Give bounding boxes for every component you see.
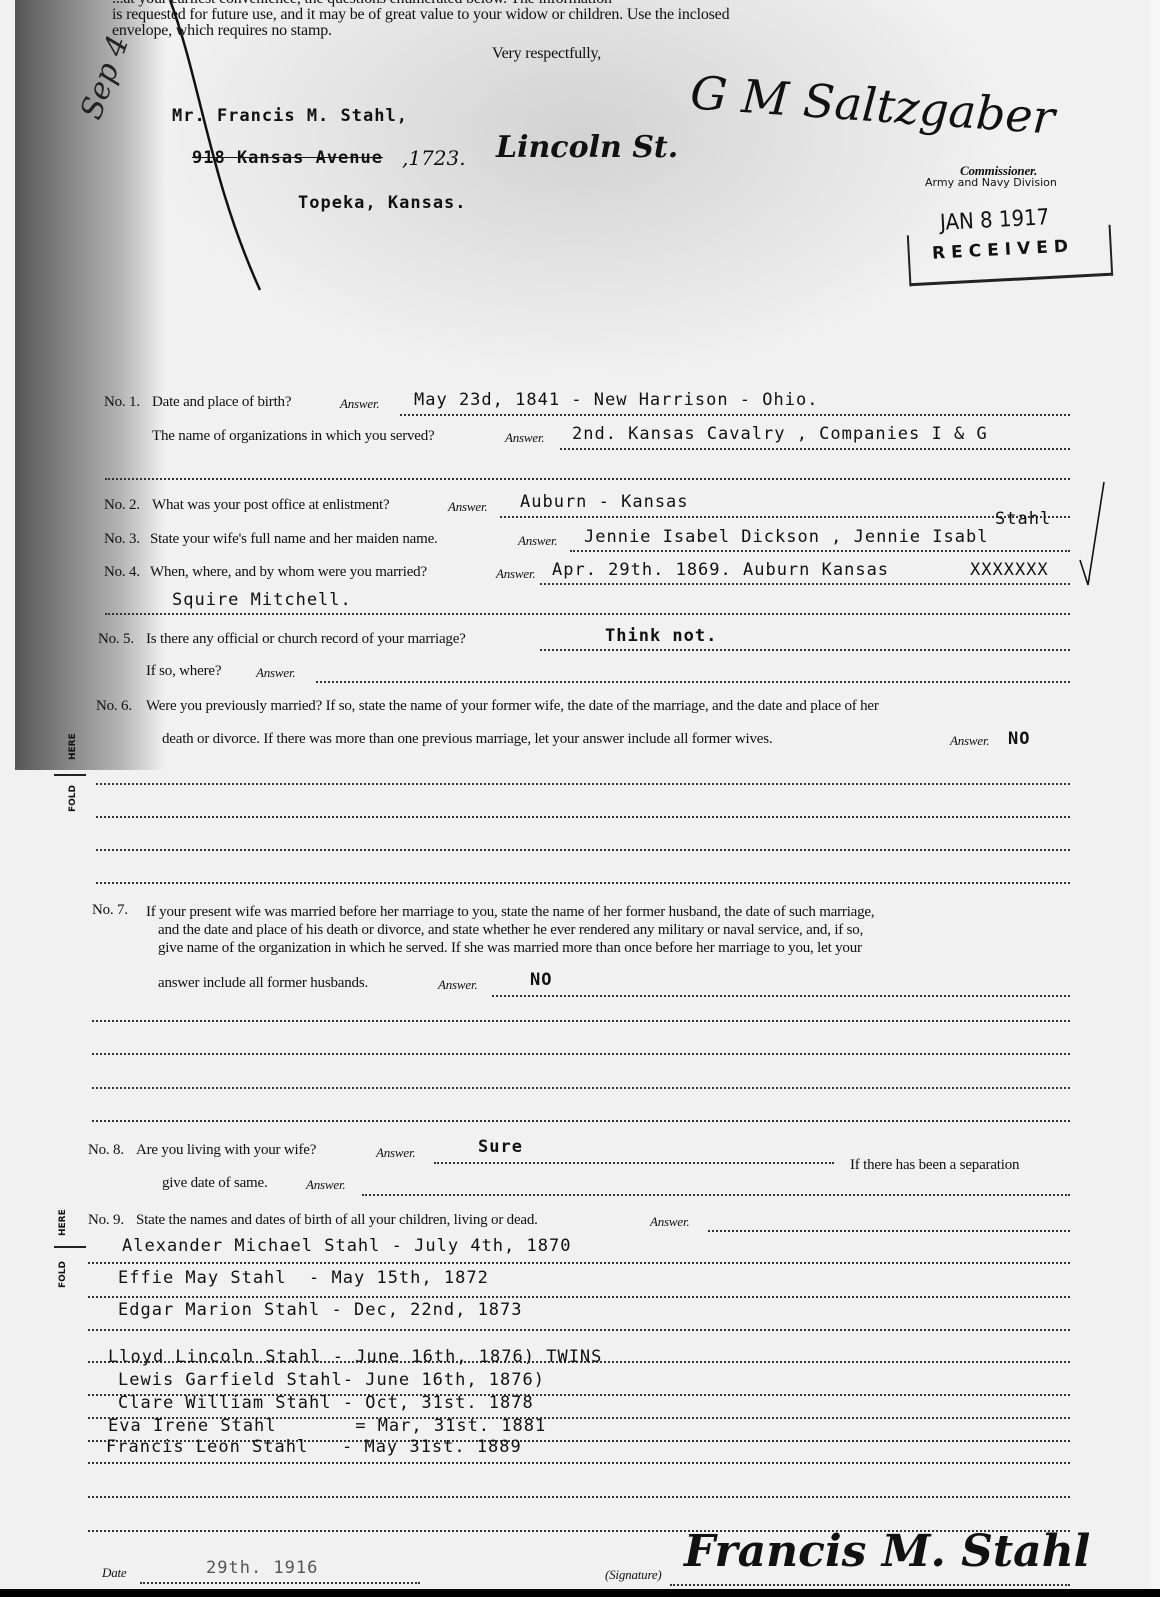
child-row-1: Alexander Michael Stahl - July 4th, 1870 (122, 1236, 571, 1256)
fold-divider (54, 1246, 86, 1248)
q5-answer-line (540, 649, 1070, 651)
child-row-8: Francis Leon Stahl - May 31st. 1889 (106, 1437, 522, 1457)
signature-line (670, 1584, 1070, 1586)
addressee-name: Mr. Francis M. Stahl, (172, 106, 408, 126)
q6-answer: NO (1008, 729, 1030, 749)
intro-line-3: envelope, which requires no stamp. (112, 22, 332, 40)
q8-answer2-line (362, 1194, 1070, 1196)
q7-text-4: answer include all former husbands. (158, 975, 368, 992)
q8-text: Are you living with your wife? (136, 1142, 316, 1159)
child-birthdate: May 15th, 1872 (332, 1268, 489, 1288)
q4-text: When, where, and by whom were you marrie… (150, 564, 427, 581)
q8-answer-line (434, 1162, 834, 1164)
q7-answer-line (492, 995, 1070, 997)
child-name: Lewis Garfield Stahl (118, 1370, 343, 1390)
q8-number: No. 8. (88, 1142, 124, 1159)
address-street: Lincoln St. (496, 130, 678, 165)
q1-number: No. 1. (104, 394, 140, 411)
q7-answer: NO (530, 970, 552, 990)
child-name: Edgar Marion Stahl (118, 1300, 320, 1320)
q5-answer: Think not. (605, 626, 717, 646)
blank-line (105, 478, 1070, 480)
q5b-answer-line (316, 681, 1070, 683)
addressee-city: Topeka, Kansas. (298, 193, 467, 213)
q3-margin-note: Stahl (995, 509, 1051, 529)
applicant-signature: Francis M. Stahl (684, 1526, 1090, 1577)
q3-number: No. 3. (104, 531, 140, 548)
scan-border (0, 1589, 1160, 1597)
q4-number: No. 4. (104, 564, 140, 581)
q7-number: No. 7. (92, 902, 128, 919)
q8-answer: Sure (478, 1137, 523, 1157)
child-birthdate: Mar, 31st. 1881 (378, 1416, 547, 1436)
child-name: Eva Irene Stahl (108, 1416, 277, 1436)
q2-answer-line (500, 516, 1070, 518)
q1b-answer-line (560, 448, 1070, 450)
q6-text: Were you previously married? If so, stat… (146, 698, 879, 715)
child-birthdate: Dec, 22nd, 1873 (354, 1300, 523, 1320)
blank-line (96, 783, 1070, 785)
child-row-2: Effie May Stahl - May 15th, 1872 (118, 1268, 489, 1288)
page-edge (1150, 0, 1160, 1597)
q8-text-2: give date of same. (162, 1175, 268, 1192)
q1-answer: May 23d, 1841 - New Harrison - Ohio. (414, 390, 818, 410)
q5b-text: If so, where? (146, 663, 221, 680)
closing: Very respectfully, (492, 45, 601, 63)
q5b-answer-label: Answer. (256, 665, 295, 681)
child-birthdate: May 31st. 1889 (364, 1437, 521, 1457)
blank-line (92, 1120, 1070, 1122)
child-birthdate: June 16th, 1876 (355, 1347, 524, 1367)
q8-text-right: If there has been a separation (850, 1157, 1019, 1174)
q1-text: Date and place of birth? (152, 394, 291, 411)
q4-struck-text: XXXXXXX (970, 560, 1049, 580)
child-row-3: Edgar Marion Stahl - Dec, 22nd, 1873 (118, 1300, 523, 1320)
date-value: 29th. 1916 (206, 1558, 318, 1578)
date-line (140, 1582, 420, 1584)
q1-answer-label: Answer. (340, 396, 379, 412)
child-line (88, 1329, 1070, 1331)
blank-line (92, 1087, 1070, 1089)
child-name: Effie May Stahl (118, 1268, 287, 1288)
date-label: Date (102, 1565, 126, 1581)
fold-divider (54, 774, 86, 776)
q6-answer-label: Answer. (950, 733, 989, 749)
q8-answer2-label: Answer. (306, 1177, 345, 1193)
q9-number: No. 9. (88, 1212, 124, 1229)
q3-answer: Jennie Isabel Dickson , Jennie Isabl (584, 527, 988, 547)
q1b-text: The name of organizations in which you s… (152, 428, 435, 445)
q5-text: Is there any official or church record o… (146, 631, 466, 648)
q1-answer-line (400, 414, 1070, 416)
twins-note: ) TWINS (524, 1347, 603, 1367)
division-label: Army and Navy Division (925, 176, 1057, 189)
q4-answer: Apr. 29th. 1869. Auburn Kansas (552, 560, 889, 580)
child-birthdate: July 4th, 1870 (414, 1236, 571, 1256)
q4-answer-cont: Squire Mitchell. (172, 590, 352, 610)
child-name: Lloyd Lincoln Stahl (108, 1347, 321, 1367)
q2-text: What was your post office at enlistment? (152, 497, 390, 514)
check-mark-icon (1078, 480, 1108, 590)
blank-line (96, 849, 1070, 851)
q3-text: State your wife's full name and her maid… (150, 531, 438, 548)
here-label-upper: HERE (68, 733, 78, 760)
blank-line (96, 816, 1070, 818)
child-birthdate: June 16th, 1876 (365, 1370, 534, 1390)
document-page: Sep 4 ...at your earliest convenience, t… (0, 0, 1150, 1590)
q5-number: No. 5. (98, 631, 134, 648)
blank-line (88, 1496, 1070, 1498)
q3-answer-line (570, 550, 1070, 552)
child-name: Francis Leon Stahl (106, 1437, 308, 1457)
q1b-answer: 2nd. Kansas Cavalry , Companies I & G (572, 424, 988, 444)
q4-answer-line (540, 583, 1070, 585)
child-line (88, 1462, 1070, 1464)
q6-number: No. 6. (96, 698, 132, 715)
child-birthdate: Oct, 31st. 1878 (365, 1393, 534, 1413)
q4-answer-line-2 (105, 613, 1070, 615)
q2-answer-label: Answer. (448, 499, 487, 515)
q6-text-2: death or divorce. If there was more than… (162, 731, 772, 748)
q7-answer-label: Answer. (438, 977, 477, 993)
fold-label-upper: FOLD (68, 785, 78, 812)
address-number: ,1723. (402, 146, 466, 170)
q1b-answer-label: Answer. (505, 430, 544, 446)
q2-answer: Auburn - Kansas (520, 492, 689, 512)
q9-answer-label: Answer. (650, 1214, 689, 1230)
child-row-7: Eva Irene Stahl = Mar, 31st. 1881 (108, 1416, 546, 1436)
signature-label: (Signature) (605, 1567, 662, 1583)
q2-number: No. 2. (104, 497, 140, 514)
child-name: Clare William Stahl (118, 1393, 331, 1413)
child-row-5: Lewis Garfield Stahl- June 16th, 1876) (118, 1370, 545, 1390)
child-line (88, 1296, 1070, 1298)
child-row-4: Lloyd Lincoln Stahl - June 16th, 1876) T… (108, 1347, 602, 1367)
q4-answer-label: Answer. (496, 566, 535, 582)
child-row-6: Clare William Stahl - Oct, 31st. 1878 (118, 1393, 534, 1413)
child-line (88, 1262, 1070, 1264)
struck-address: 918 Kansas Avenue (192, 148, 383, 168)
fold-label-lower: FOLD (58, 1261, 68, 1288)
q7-text-3: give name of the organization in which h… (158, 940, 862, 957)
blank-line (92, 1020, 1070, 1022)
child-name: Alexander Michael Stahl (122, 1236, 380, 1256)
blank-line (96, 882, 1070, 884)
q7-text: If your present wife was married before … (146, 904, 874, 921)
blank-line (92, 1053, 1070, 1055)
q9-text: State the names and dates of birth of al… (136, 1212, 538, 1229)
q7-text-2: and the date and place of his death or d… (158, 922, 863, 939)
q3-answer-label: Answer. (518, 533, 557, 549)
q8-answer-label: Answer. (376, 1145, 415, 1161)
here-label-lower: HERE (58, 1209, 68, 1236)
q9-answer-line (708, 1230, 1070, 1232)
